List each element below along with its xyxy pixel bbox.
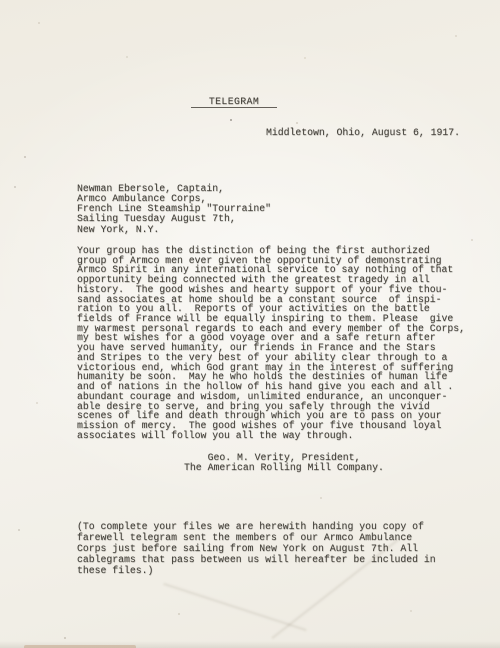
scanned-letter-page: TELEGRAM Middletown, Ohio, August 6, 191… — [0, 0, 500, 648]
telegram-heading: TELEGRAM — [191, 97, 277, 108]
postscript-note: (To complete your files we are herewith … — [77, 521, 436, 576]
fold-crease — [163, 583, 306, 631]
letter-body: Your group has the distinction of being … — [77, 246, 465, 440]
dateline: Middletown, Ohio, August 6, 1917. — [266, 128, 460, 138]
signature-block: Geo. M. Verity, President, The American … — [77, 453, 491, 473]
recipient-address: Newman Ebersole, Captain, Armco Ambulanc… — [77, 184, 271, 235]
paper-specks — [0, 0, 2, 2]
